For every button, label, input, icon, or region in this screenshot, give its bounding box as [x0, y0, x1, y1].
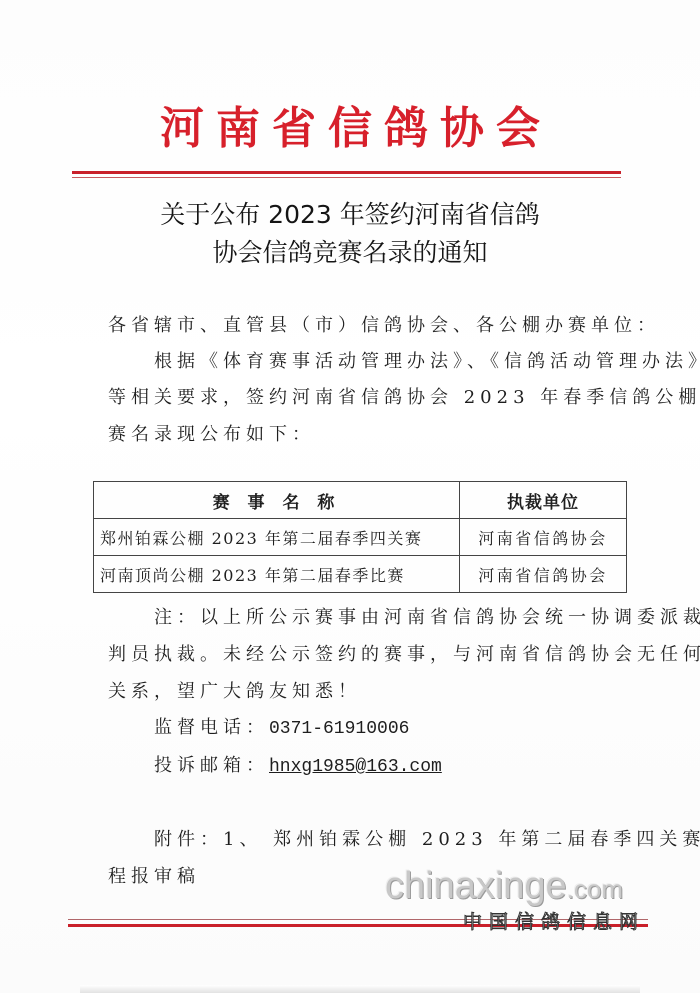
salutation: 各省辖市、直管县（市）信鸽协会、各公棚办赛单位：	[108, 308, 598, 344]
page-edge-shadow	[80, 985, 640, 993]
letterhead-char: 南	[216, 92, 260, 156]
letterhead-char: 会	[496, 92, 540, 156]
title-line-1: 关于公布 2023 年签约河南省信鸽	[0, 196, 700, 234]
attachment-line-1: 附件：1、 郑州铂霖公棚 2023 年第二届春季四关赛规	[108, 822, 644, 858]
letterhead-char: 协	[440, 92, 484, 156]
letterhead-char: 省	[272, 92, 316, 156]
event-name-cell: 郑州铂霖公棚 2023 年第二届春季四关赛	[94, 519, 460, 556]
phone-number: 0371-61910006	[269, 719, 409, 739]
officiating-unit-cell: 河南省信鸽协会	[460, 519, 627, 556]
letterhead-divider-thick	[72, 171, 621, 174]
watermark-site-name: 中国信鸽信息网	[463, 910, 645, 934]
letterhead-org-name: 河南省信鸽协会	[0, 92, 700, 156]
note-line-1: 注：以上所公示赛事由河南省信鸽协会统一协调委派裁	[108, 600, 644, 636]
watermark-domain-tld: .com	[567, 874, 623, 904]
supervision-phone-line: 监督电话：0371-61910006	[108, 710, 644, 747]
note-line-3: 关系，望广大鸽友知悉！	[108, 674, 598, 710]
paragraph-1-line-3: 赛名录现公布如下：	[108, 417, 598, 453]
document-page: 河南省信鸽协会 关于公布 2023 年签约河南省信鸽 协会信鸽竞赛名录的通知 各…	[0, 0, 700, 993]
document-title: 关于公布 2023 年签约河南省信鸽 协会信鸽竞赛名录的通知	[0, 196, 700, 272]
phone-label: 监督电话：	[154, 717, 269, 738]
watermark-domain-main: chinaxinge	[385, 865, 567, 907]
email-link[interactable]: hnxg1985@163.com	[269, 757, 442, 777]
email-label: 投诉邮箱：	[154, 755, 269, 776]
paragraph-1-line-2: 等相关要求，签约河南省信鸽协会 2023 年春季信鸽公棚竞	[108, 380, 598, 416]
complaint-email-line: 投诉邮箱：hnxg1985@163.com	[108, 748, 644, 785]
table-row: 郑州铂霖公棚 2023 年第二届春季四关赛 河南省信鸽协会	[94, 519, 627, 556]
watermark-domain: chinaxinge.com	[385, 866, 623, 909]
letterhead-divider-thin	[72, 177, 621, 178]
event-name-cell: 河南顶尚公棚 2023 年第二届春季比赛	[94, 556, 460, 593]
letterhead-char: 信	[328, 92, 372, 156]
table-row: 河南顶尚公棚 2023 年第二届春季比赛 河南省信鸽协会	[94, 556, 627, 593]
title-line-2: 协会信鸽竞赛名录的通知	[0, 234, 700, 272]
officiating-unit-cell: 河南省信鸽协会	[460, 556, 627, 593]
table-header-row: 赛 事 名 称 执裁单位	[94, 482, 627, 519]
letterhead-char: 河	[160, 92, 204, 156]
column-header-event-name: 赛 事 名 称	[94, 482, 460, 519]
event-list-table: 赛 事 名 称 执裁单位 郑州铂霖公棚 2023 年第二届春季四关赛 河南省信鸽…	[93, 481, 627, 593]
column-header-officiating-unit: 执裁单位	[460, 482, 627, 519]
note-line-2: 判员执裁。未经公示签约的赛事，与河南省信鸽协会无任何	[108, 637, 598, 673]
paragraph-1-line-1: 根据《体育赛事活动管理办法》、《信鸽活动管理办法》	[108, 344, 644, 380]
letterhead-char: 鸽	[384, 92, 428, 156]
